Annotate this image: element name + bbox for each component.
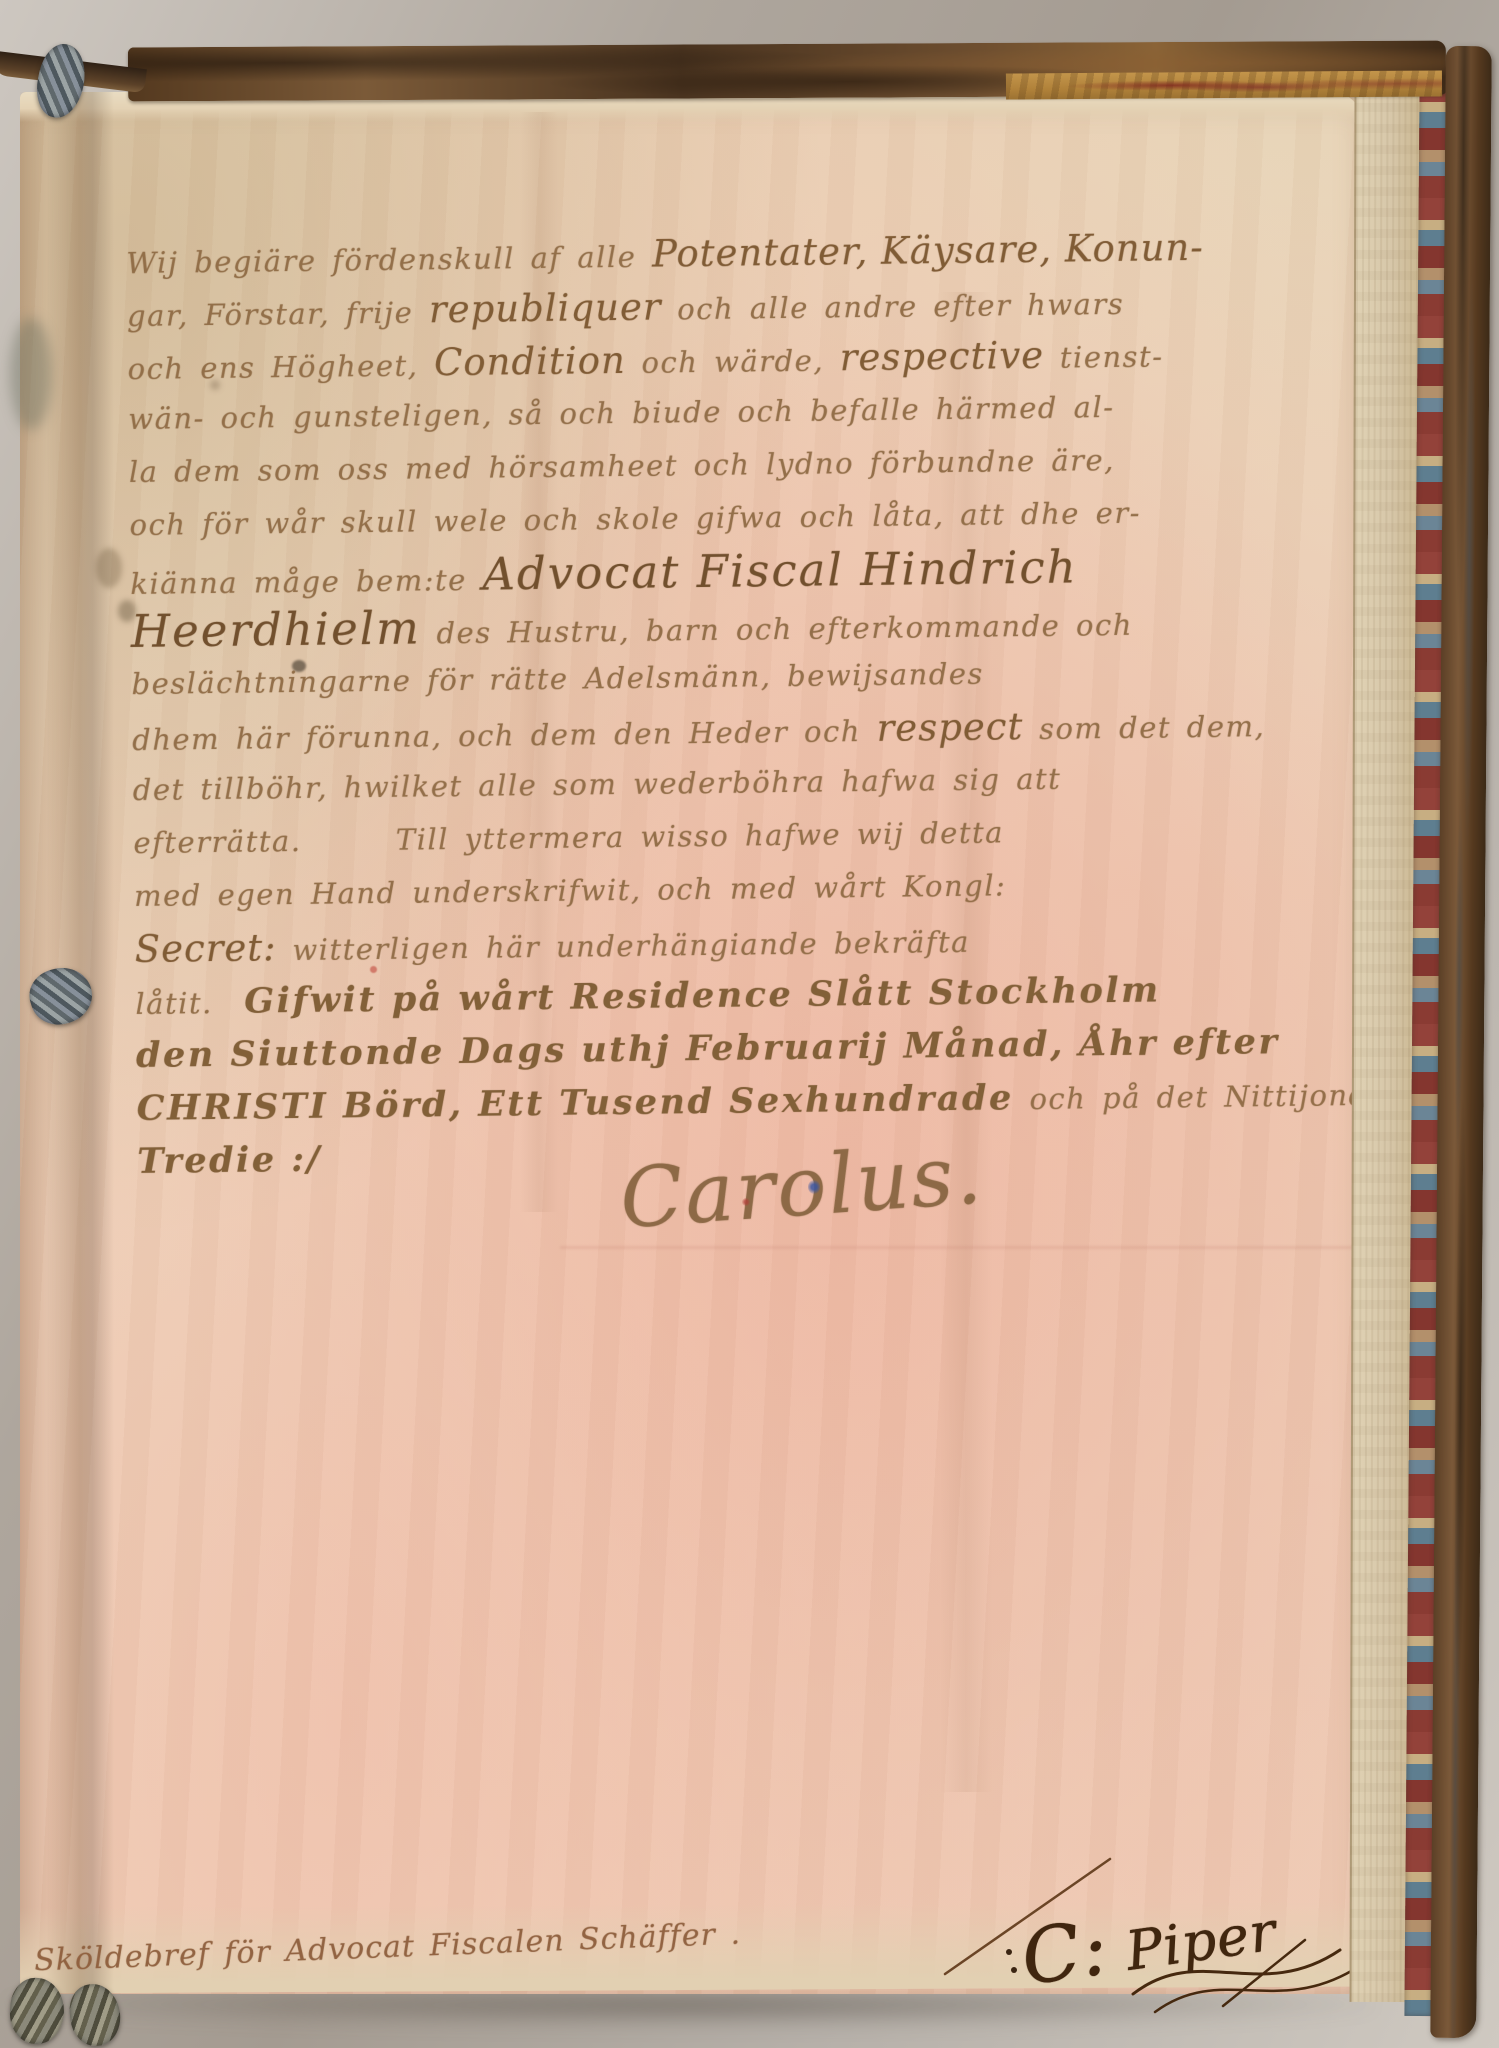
manuscript-segment: tienst-: [1044, 339, 1164, 374]
manuscript-segment: beslächtningarne för rätte Adelsmänn, be…: [131, 657, 984, 701]
manuscript-segment: Wij begiäre fördenskull af alle: [126, 240, 652, 280]
manuscript-segment: Heerdhielm: [131, 601, 422, 658]
manuscript-segment: witterligen här underhängiande bekräfta: [276, 925, 970, 967]
manuscript-segment: och för wår skull wele och skole gifwa o…: [129, 496, 1141, 542]
manuscript-segment: la dem som oss med hörsamheet och lydno …: [129, 443, 1115, 489]
gutter-fold-shadow: [46, 92, 126, 1994]
manuscript-text-block: Wij begiäre fördenskull af alle Potentat…: [126, 220, 1288, 1188]
manuscript-segment: respect: [876, 705, 1023, 750]
manuscript-segment: och ens Högheet,: [127, 348, 434, 386]
page-crease: [560, 1246, 1360, 1249]
manuscript-segment: och alle andre efter hwars: [661, 287, 1124, 327]
manuscript-segment: Potentater, Käysare, Konun-: [652, 226, 1204, 276]
archival-scan-background: { "manuscript": { "lines": [ [{"t":"Wij …: [0, 0, 1499, 2048]
manuscript-segment: med egen Hand underskrifwit, och med wår…: [134, 868, 1007, 913]
manuscript-segment: Gifwit på wårt Residence Slått Stockholm: [244, 969, 1161, 1021]
manuscript-segment: Condition: [434, 339, 626, 384]
manuscript-segment: och wärde,: [626, 343, 840, 380]
damp-stain: [10, 318, 52, 430]
manuscript-segment: och på det Nittijonde: [1014, 1078, 1388, 1117]
manuscript-segment: wän- och gunsteligen, så och biude och b…: [128, 390, 1115, 436]
manuscript-segment: Tredie :/: [137, 1139, 322, 1182]
vellum-page: Wij begiäre fördenskull af alle Potentat…: [20, 92, 1362, 1994]
manuscript-segment: den Siuttonde Dags uthj Februarij Månad,…: [136, 1021, 1280, 1076]
manuscript-segment: gar, Förstar, frije: [127, 295, 429, 333]
red-ink-speck: [742, 1198, 750, 1206]
manuscript-segment: respective: [839, 334, 1044, 379]
manuscript-segment: det tillböhr, hwilket alle som wederböhr…: [133, 762, 1062, 807]
manuscript-segment: efterrätta. Till yttermera wisso hafwe w…: [133, 815, 1004, 860]
manuscript-segment: CHRISTI Börd, Ett Tusend Sexhundrade: [136, 1077, 1014, 1129]
marbled-ochre-top-strip: [1006, 70, 1442, 99]
manuscript-segment: som det dem,: [1023, 709, 1265, 746]
manuscript-segment: des Hustru, barn och efterkommande och: [421, 608, 1134, 651]
manuscript-segment: låtit.: [135, 986, 244, 1021]
blue-ink-speck: [808, 1180, 820, 1194]
manuscript-segment: kiänna måge bem:te: [130, 563, 483, 601]
ink-stain: [96, 548, 122, 588]
manuscript-segment: Advocat Fiscal Hindrich: [482, 540, 1078, 600]
manuscript-segment: Secret:: [134, 926, 276, 971]
manuscript-segment: republiquer: [429, 285, 662, 331]
manuscript-segment: dhem här förunna, och dem den Heder och: [132, 714, 877, 757]
